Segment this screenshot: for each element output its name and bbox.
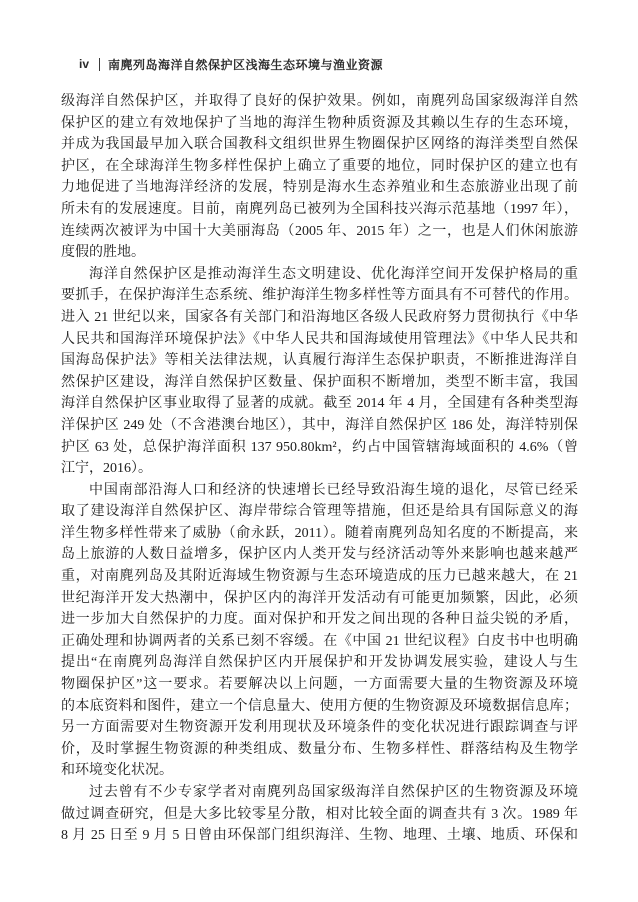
text-line: 提出“在南麂列岛海洋自然保护区内开展保护和开发协调发展实验，建设人与生 xyxy=(61,652,578,674)
text-line: 取了建设海洋自然保护区、海岸带综合管理等措施，但还是给具有国际意义的海 xyxy=(61,501,578,523)
text-line: 洋生物多样性带来了威胁（俞永跃，2011）。随着南麂列岛知名度的不断提高，来 xyxy=(61,523,578,545)
text-line: 另一方面需要对生物资源开发利用现状及环境条件的变化状况进行跟踪调查与评 xyxy=(61,717,578,739)
book-title: 南麂列岛海洋自然保护区浅海生态环境与渔业资源 xyxy=(108,56,383,73)
text-line: 进一步加大自然保护的力度。面对保护和开发之间出现的各种日益尖锐的矛盾， xyxy=(61,609,578,631)
text-line: 人民共和国海洋环境保护法》《中华人民共和国海域使用管理法》《中华人民共和 xyxy=(61,329,578,351)
text-line: 岛上旅游的人数日益增多，保护区内人类开发与经济活动等外来影响也越来越严 xyxy=(61,544,578,566)
running-header: iv 南麂列岛海洋自然保护区浅海生态环境与渔业资源 xyxy=(79,56,383,72)
text-line: 海洋自然保护区事业取得了显著的成就。截至 2014 年 4 月，全国建有各种类型… xyxy=(61,393,578,415)
text-line: 8 月 25 日至 9 月 5 日曾由环保部门组织海洋、生物、地理、土壤、地质、… xyxy=(61,825,578,847)
text-line: 的本底资料和图件，建立一个信息量大、使用方便的生物资源及环境数据信息库； xyxy=(61,696,578,718)
paragraph: 过去曾有不少专家学者对南麂列岛国家级海洋自然保护区的生物资源及环境做过调查研究，… xyxy=(61,782,578,847)
text-line: 海洋自然保护区是推动海洋生态文明建设、优化海洋空间开发保护格局的重 xyxy=(61,264,578,286)
text-line: 世纪海洋开发大热潮中，保护区内的海洋开发活动有可能更加频繁，因此，必须 xyxy=(61,588,578,610)
header-divider xyxy=(99,58,100,71)
document-page: iv 南麂列岛海洋自然保护区浅海生态环境与渔业资源 级海洋自然保护区，并取得了良… xyxy=(0,0,638,902)
text-line: 和环境变化状况。 xyxy=(61,760,578,782)
text-line: 价，及时掌握生物资源的种类组成、数量分布、生物多样性、群落结构及生物学 xyxy=(61,739,578,761)
text-line: 度假的胜地。 xyxy=(61,242,578,264)
text-line: 进入 21 世纪以来，国家各有关部门和沿海地区各级人民政府努力贯彻执行《中华 xyxy=(61,307,578,329)
text-line: 连续两次被评为中国十大美丽海岛（2005 年、2015 年）之一，也是人们休闲旅… xyxy=(61,221,578,243)
text-line: 级海洋自然保护区，并取得了良好的保护效果。例如，南麂列岛国家级海洋自然 xyxy=(61,91,578,113)
paragraph: 级海洋自然保护区，并取得了良好的保护效果。例如，南麂列岛国家级海洋自然保护区的建… xyxy=(61,91,578,264)
text-line: 护区，在全球海洋生物多样性保护上确立了重要的地位，同时保护区的建立也有 xyxy=(61,156,578,178)
paragraph: 中国南部沿海人口和经济的快速增长已经导致沿海生境的退化，尽管已经采取了建设海洋自… xyxy=(61,480,578,782)
text-line: 力地促进了当地海洋经济的发展，特别是海水生态养殖业和生态旅游业出现了前 xyxy=(61,177,578,199)
text-line: 然保护区建设，海洋自然保护区数量、保护面积不断增加，类型不断丰富，我国 xyxy=(61,372,578,394)
text-line: 物圈保护区”这一要求。若要解决以上问题，一方面需要大量的生物资源及环境 xyxy=(61,674,578,696)
text-line: 中国南部沿海人口和经济的快速增长已经导致沿海生境的退化，尽管已经采 xyxy=(61,480,578,502)
text-line: 正确处理和协调两者的关系已刻不容缓。在《中国 21 世纪议程》白皮书中也明确 xyxy=(61,631,578,653)
text-line: 要抓手，在保护海洋生态系统、维护海洋生物多样性等方面具有不可替代的作用。 xyxy=(61,285,578,307)
text-line: 国海岛保护法》等相关法律法规，认真履行海洋生态保护职责，不断推进海洋自 xyxy=(61,350,578,372)
text-line: 做过调查研究，但是大多比较零星分散，相对比较全面的调查共有 3 次。1989 年 xyxy=(61,804,578,826)
text-line: 江宁，2016）。 xyxy=(61,458,578,480)
text-line: 所未有的发展速度。目前，南麂列岛已被列为全国科技兴海示范基地（1997 年）， xyxy=(61,199,578,221)
text-line: 洋保护区 249 处（不含港澳台地区），其中，海洋自然保护区 186 处，海洋特… xyxy=(61,415,578,437)
text-line: 过去曾有不少专家学者对南麂列岛国家级海洋自然保护区的生物资源及环境 xyxy=(61,782,578,804)
page-number: iv xyxy=(79,57,89,71)
text-line: 保护区的建立有效地保护了当地的海洋生物种质资源及其赖以生存的生态环境， xyxy=(61,113,578,135)
text-line: 护区 63 处，总保护海洋面积 137 950.80km²，约占中国管辖海域面积… xyxy=(61,437,578,459)
page-body: 级海洋自然保护区，并取得了良好的保护效果。例如，南麂列岛国家级海洋自然保护区的建… xyxy=(61,91,578,847)
text-line: 并成为我国最早加入联合国教科文组织世界生物圈保护区网络的海洋类型自然保 xyxy=(61,134,578,156)
text-line: 重，对南麂列岛及其附近海域生物资源与生态环境造成的压力已越来越大，在 21 xyxy=(61,566,578,588)
paragraph: 海洋自然保护区是推动海洋生态文明建设、优化海洋空间开发保护格局的重要抓手，在保护… xyxy=(61,264,578,480)
